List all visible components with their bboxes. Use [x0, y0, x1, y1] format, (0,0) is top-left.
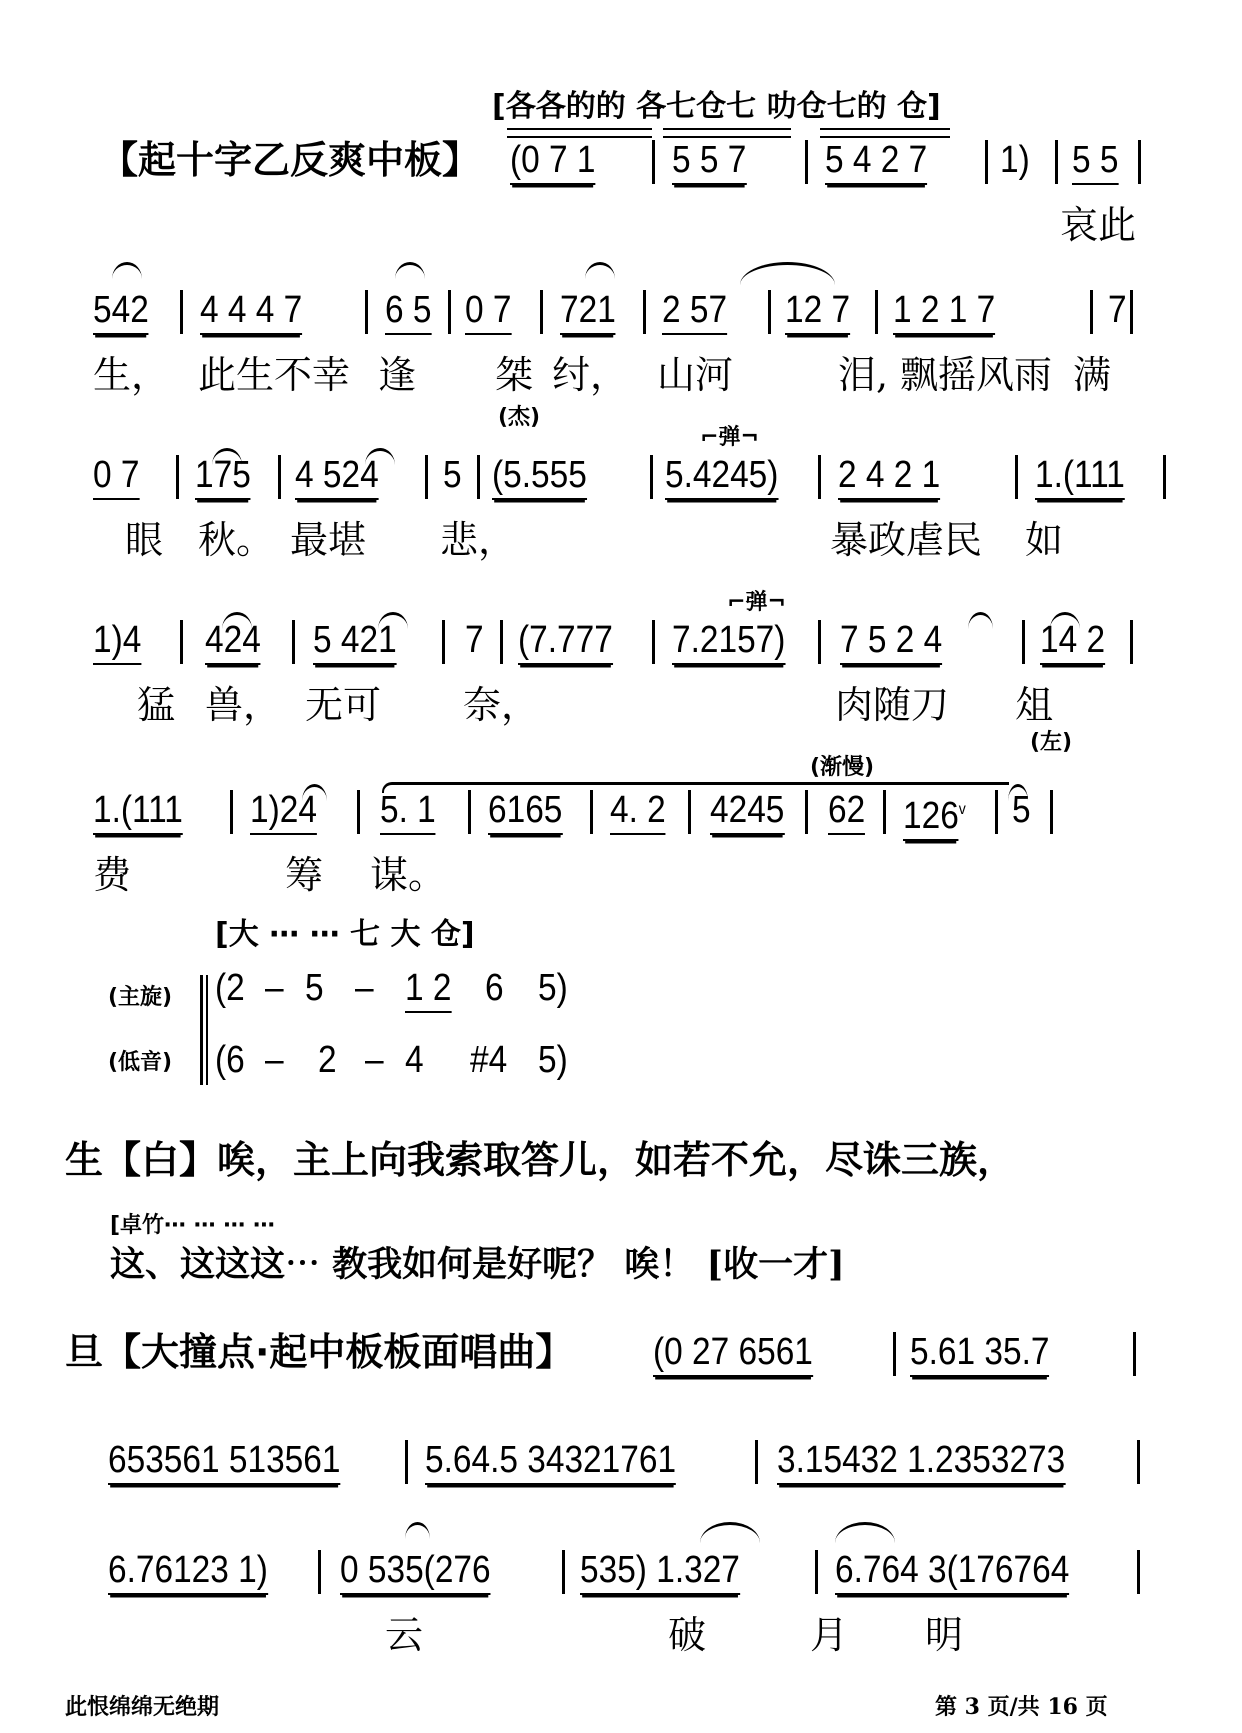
measure: 7.2157)	[672, 620, 785, 660]
slur	[585, 262, 615, 279]
slur	[112, 262, 142, 279]
lyric: 如	[1025, 520, 1063, 560]
measure: 3.15432 1.2353273	[777, 1440, 1065, 1480]
lyric: 月	[810, 1615, 848, 1655]
note: (2	[215, 968, 245, 1008]
lyric: 无可	[305, 685, 381, 725]
tempo-mark: (渐慢)	[810, 750, 874, 781]
lyric: 筹	[285, 855, 323, 895]
bar-line	[688, 790, 691, 834]
slur	[395, 262, 425, 279]
lyric: 悲，	[440, 520, 516, 560]
measure: 2 57	[662, 290, 727, 330]
bar-line	[643, 290, 646, 334]
bar-line	[448, 290, 451, 334]
bar-line	[180, 620, 183, 664]
measure: 7	[465, 620, 484, 660]
bar-line	[230, 790, 233, 834]
spoken-dialogue: 生【白】唉，主上向我索取答儿，如若不允，尽诛三族，	[65, 1140, 1015, 1180]
measure: 6.76123 1)	[108, 1550, 268, 1590]
lyric: 兽，	[205, 685, 281, 725]
measure: 12 7	[785, 290, 850, 330]
section-title: 【起十字乙反爽中板】	[100, 138, 480, 182]
system-brace	[200, 975, 208, 1085]
measure: 542	[93, 290, 149, 330]
note: –	[265, 968, 284, 1008]
lyric: 破	[668, 1615, 706, 1655]
lyric: 奈，	[463, 685, 539, 725]
bar-line	[818, 620, 821, 664]
lyric: 逢	[378, 355, 416, 395]
measure: 4 524	[295, 455, 379, 495]
measure: 6 5	[385, 290, 431, 330]
bar-line	[985, 140, 988, 184]
percussion-underline	[507, 128, 652, 138]
lyric: 猛	[137, 685, 175, 725]
measure: 5.4245)	[665, 455, 778, 495]
bar-line	[1022, 620, 1025, 664]
measure: 1 2 1 7	[893, 290, 995, 330]
technique-mark: ⌐弹¬	[700, 420, 759, 451]
slur	[968, 612, 993, 629]
percussion-cue: [卓竹⋯ ⋯ ⋯ ⋯	[110, 1208, 275, 1239]
measure: (0 7 1	[510, 140, 596, 180]
note: 4	[405, 1040, 424, 1080]
measure: 7	[1108, 290, 1127, 330]
note: –	[265, 1040, 284, 1080]
measure: 1.(111	[93, 790, 183, 830]
bar-line	[805, 140, 808, 184]
bar-line	[1163, 455, 1166, 499]
part-label: (低音)	[108, 1045, 172, 1076]
bar-line	[1130, 290, 1133, 334]
measure: 175	[195, 455, 251, 495]
measure: 4245	[710, 790, 784, 830]
note: (6	[215, 1040, 245, 1080]
note: –	[365, 1040, 384, 1080]
note: 5	[305, 968, 324, 1008]
measure: 1)4	[93, 620, 141, 660]
breath-mark: v	[959, 801, 966, 818]
percussion-line-2: [大 ⋯ ⋯ 七 大 仓]	[215, 918, 475, 952]
bar-line	[650, 455, 653, 499]
slur	[405, 1522, 430, 1539]
measure: 2 4 2 1	[838, 455, 940, 495]
percussion-underline	[663, 128, 791, 138]
note: 1 2	[405, 968, 451, 1008]
bar-line	[1133, 1332, 1136, 1376]
lyric: 生，	[93, 355, 169, 395]
bar-line	[405, 1440, 408, 1484]
percussion-underline	[820, 128, 950, 138]
measure: 5.61 35.7	[910, 1332, 1049, 1372]
measure: 5 5	[1072, 140, 1118, 180]
bar-line	[540, 290, 543, 334]
measure: 5 5 7	[672, 140, 746, 180]
lyric: 最堪	[290, 520, 366, 560]
bar-line	[1130, 620, 1133, 664]
lyric: 纣，	[552, 355, 628, 395]
lyric: 泪,	[838, 355, 888, 395]
bar-line	[590, 790, 593, 834]
note: 5)	[538, 1040, 568, 1080]
part-label: (主旋)	[108, 980, 172, 1011]
bar-line	[652, 620, 655, 664]
measure: 5 4 2 7	[825, 140, 927, 180]
measure: (5.555	[492, 455, 587, 495]
measure: 5.64.5 34321761	[425, 1440, 676, 1480]
measure: 62	[828, 790, 865, 830]
bar-line	[365, 290, 368, 334]
slur	[700, 1522, 760, 1543]
slur	[835, 1522, 895, 1543]
measure: 1)24	[250, 790, 317, 830]
lyric: 飘摇风雨	[900, 355, 1052, 395]
lyric: 满	[1073, 355, 1111, 395]
measure: 126v	[903, 790, 966, 836]
slur	[740, 262, 835, 285]
lyric: 哀此	[1060, 205, 1136, 245]
measure: 6.764 3(176764	[835, 1550, 1069, 1590]
measure: 5 421	[313, 620, 397, 660]
measure: 4 4 4 7	[200, 290, 302, 330]
measure: 0 7	[465, 290, 511, 330]
bar-line	[1137, 1440, 1140, 1484]
lyric: 眼	[125, 520, 163, 560]
pronunciation-note: (杰)	[498, 400, 540, 431]
note: 2	[318, 1040, 337, 1080]
measure: 5	[1012, 790, 1031, 830]
bar-line	[357, 790, 360, 834]
bar-line	[278, 455, 281, 499]
lyric: 费	[93, 855, 131, 895]
measure: 535) 1.327	[580, 1550, 740, 1590]
bar-line	[768, 290, 771, 334]
measure: 1)	[1000, 140, 1030, 180]
percussion-line-1: [各各的的 各七仓七 叻仓七的 仓]	[492, 90, 941, 124]
bar-line	[180, 290, 183, 334]
bar-line	[176, 455, 179, 499]
lyric: 肉随刀	[835, 685, 949, 725]
section-title: 旦【大撞点·起中板板面唱曲】	[65, 1330, 573, 1374]
technique-mark: ⌐弹¬	[727, 585, 786, 616]
bar-line	[755, 1440, 758, 1484]
measure: 5	[443, 455, 462, 495]
measure: (7.777	[518, 620, 613, 660]
bar-line	[652, 140, 655, 184]
page-number: 第 3 页/共 16 页	[935, 1690, 1108, 1721]
bar-line	[442, 620, 445, 664]
bar-line	[818, 455, 821, 499]
bar-line	[500, 620, 503, 664]
measure: 5. 1	[380, 790, 436, 830]
bar-line	[562, 1550, 565, 1594]
lyric: 山河	[657, 355, 733, 395]
bar-line	[1090, 290, 1093, 334]
measure: (0 27 6561	[653, 1332, 813, 1372]
bar-line	[883, 790, 886, 834]
note: 5)	[538, 968, 568, 1008]
measure: 4. 2	[610, 790, 666, 830]
spoken-dialogue: 这、这这这⋯ 教我如何是好呢？ 唉！ [收一才]	[110, 1245, 845, 1285]
measure: 721	[560, 290, 616, 330]
lyric: 谋。	[370, 855, 446, 895]
measure: 6165	[488, 790, 562, 830]
bar-line	[815, 1550, 818, 1594]
bar-line	[893, 1332, 896, 1376]
note: #4	[470, 1040, 507, 1080]
bar-line	[1050, 790, 1053, 834]
bar-line	[1138, 140, 1141, 184]
lyric: 桀	[495, 355, 533, 395]
note: –	[355, 968, 374, 1008]
lyric: 明	[925, 1615, 963, 1655]
bar-line	[805, 790, 808, 834]
footer-title: 此恨绵绵无绝期	[65, 1690, 219, 1721]
bar-line	[477, 455, 480, 499]
bar-line	[425, 455, 428, 499]
lyric: 云	[385, 1615, 423, 1655]
measure: 653561 513561	[108, 1440, 340, 1480]
pronunciation-note: (左)	[1030, 725, 1072, 756]
bar-line	[875, 290, 878, 334]
note: 6	[485, 968, 504, 1008]
bar-line	[1137, 1550, 1140, 1594]
bar-line	[318, 1550, 321, 1594]
measure: 424	[205, 620, 261, 660]
lyric: 暴政虐民	[830, 520, 982, 560]
lyric: 此生不幸	[198, 355, 350, 395]
bar-line	[468, 790, 471, 834]
bar-line	[292, 620, 295, 664]
measure: 0 7	[93, 455, 139, 495]
measure: 0 535(276	[340, 1550, 491, 1590]
lyric: 秋。	[198, 520, 274, 560]
lyric: 俎	[1015, 685, 1053, 725]
bar-line	[1055, 140, 1058, 184]
bar-line	[995, 790, 998, 834]
measure: 1.(111	[1035, 455, 1125, 495]
measure: 7 5 2 4	[840, 620, 942, 660]
measure: 14 2	[1040, 620, 1105, 660]
bar-line	[1015, 455, 1018, 499]
